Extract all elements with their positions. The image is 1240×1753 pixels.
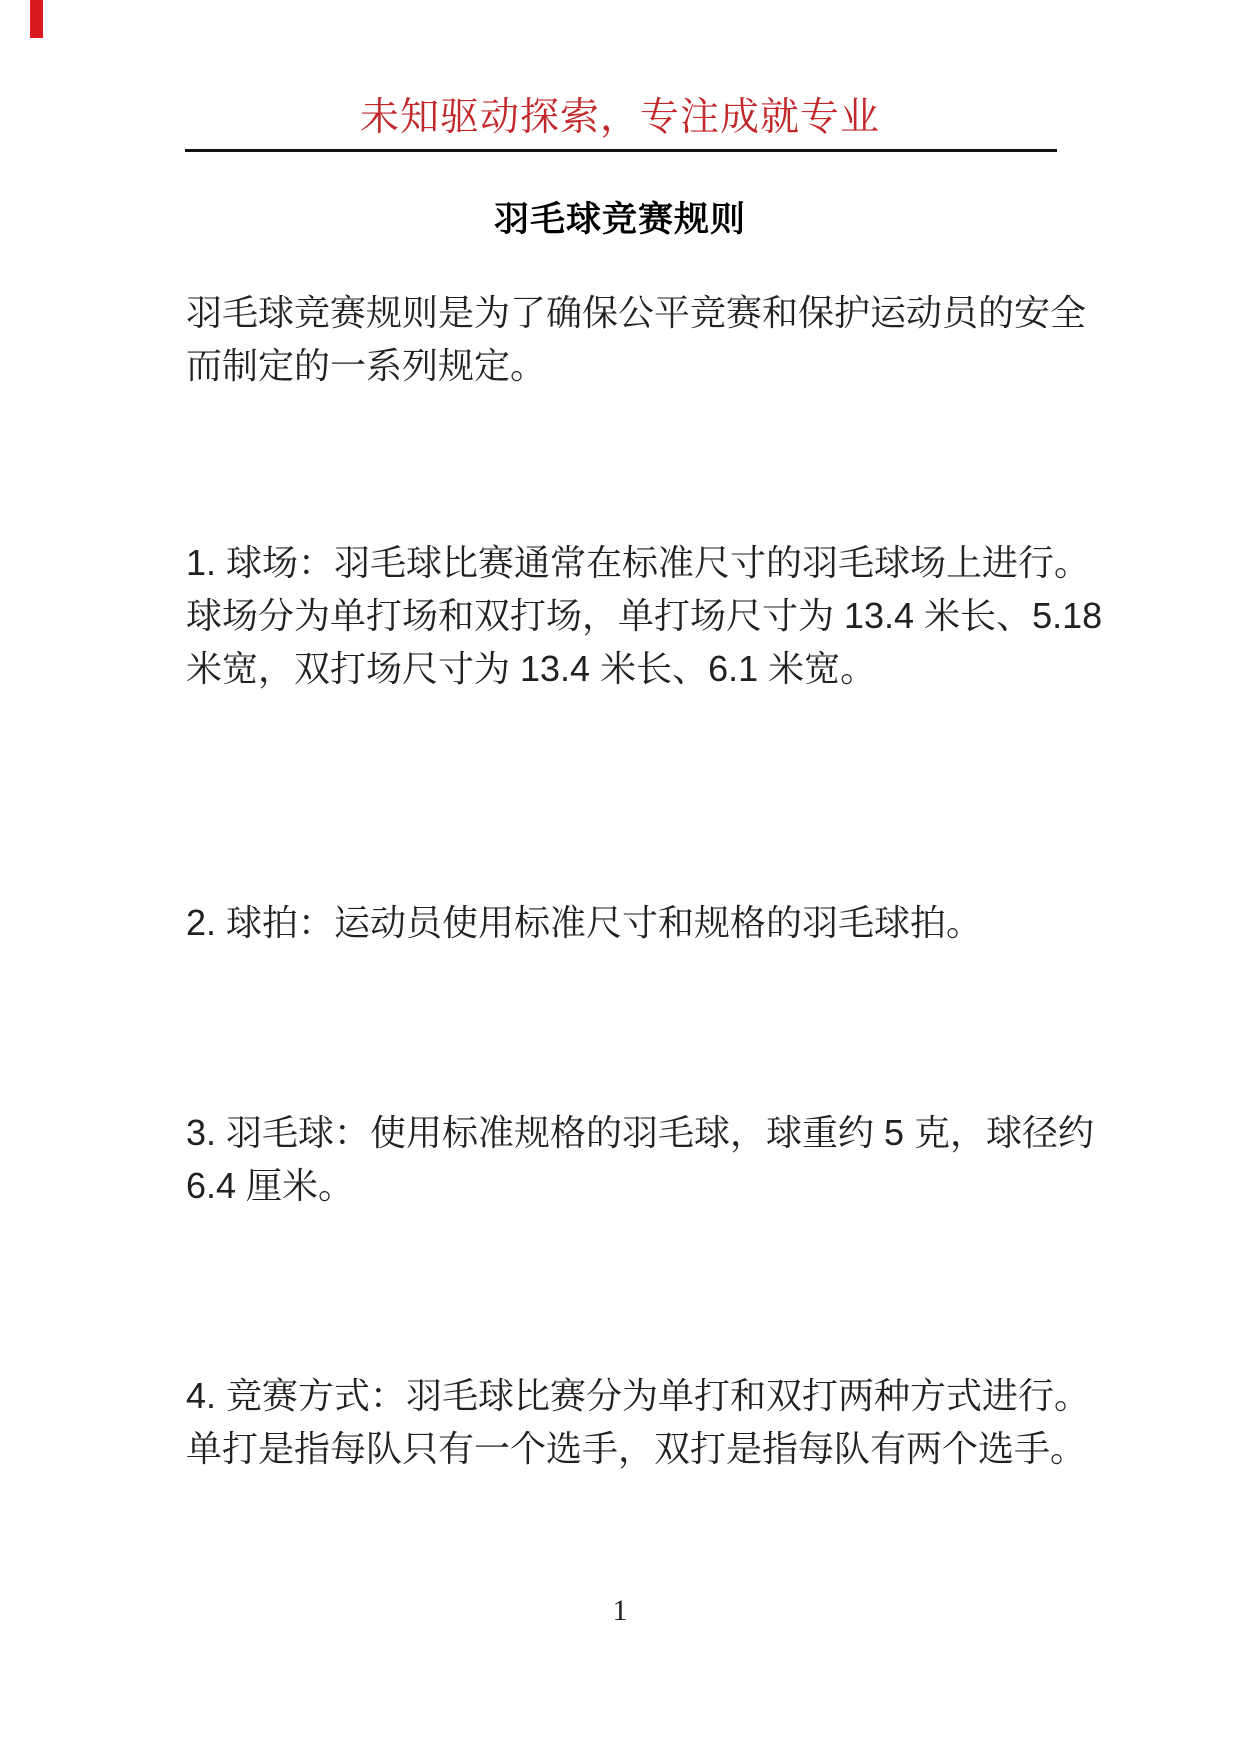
corner-accent-mark	[30, 0, 43, 38]
paragraph-line: 1. 球场：羽毛球比赛通常在标准尺寸的羽毛球场上进行。	[186, 536, 1086, 589]
header-slogan: 未知驱动探索，专注成就专业	[0, 86, 1240, 142]
paragraph-line: 3. 羽毛球：使用标准规格的羽毛球，球重约 5 克，球径约	[186, 1106, 1086, 1159]
rule-item-2: 2. 球拍：运动员使用标准尺寸和规格的羽毛球拍。	[186, 896, 1086, 949]
rule-item-1: 1. 球场：羽毛球比赛通常在标准尺寸的羽毛球场上进行。 球场分为单打场和双打场，…	[186, 536, 1086, 695]
paragraph-line: 6.4 厘米。	[186, 1159, 1086, 1212]
paragraph-line: 4. 竞赛方式：羽毛球比赛分为单打和双打两种方式进行。	[186, 1369, 1086, 1422]
paragraph-line: 球场分为单打场和双打场，单打场尺寸为 13.4 米长、5.18	[186, 589, 1086, 642]
document-title: 羽毛球竞赛规则	[0, 192, 1240, 242]
document-page: 未知驱动探索，专注成就专业 羽毛球竞赛规则 羽毛球竞赛规则是为了确保公平竞赛和保…	[0, 0, 1240, 1753]
intro-paragraph: 羽毛球竞赛规则是为了确保公平竞赛和保护运动员的安全 而制定的一系列规定。	[186, 286, 1086, 392]
paragraph-line: 米宽，双打场尺寸为 13.4 米长、6.1 米宽。	[186, 642, 1086, 695]
paragraph-line: 羽毛球竞赛规则是为了确保公平竞赛和保护运动员的安全	[186, 286, 1086, 339]
paragraph-line: 2. 球拍：运动员使用标准尺寸和规格的羽毛球拍。	[186, 896, 1086, 949]
rule-item-4: 4. 竞赛方式：羽毛球比赛分为单打和双打两种方式进行。 单打是指每队只有一个选手…	[186, 1369, 1086, 1475]
page-number: 1	[0, 1594, 1240, 1628]
paragraph-line: 而制定的一系列规定。	[186, 339, 1086, 392]
header-divider	[185, 149, 1057, 152]
rule-item-3: 3. 羽毛球：使用标准规格的羽毛球，球重约 5 克，球径约 6.4 厘米。	[186, 1106, 1086, 1212]
paragraph-line: 单打是指每队只有一个选手，双打是指每队有两个选手。	[186, 1422, 1086, 1475]
